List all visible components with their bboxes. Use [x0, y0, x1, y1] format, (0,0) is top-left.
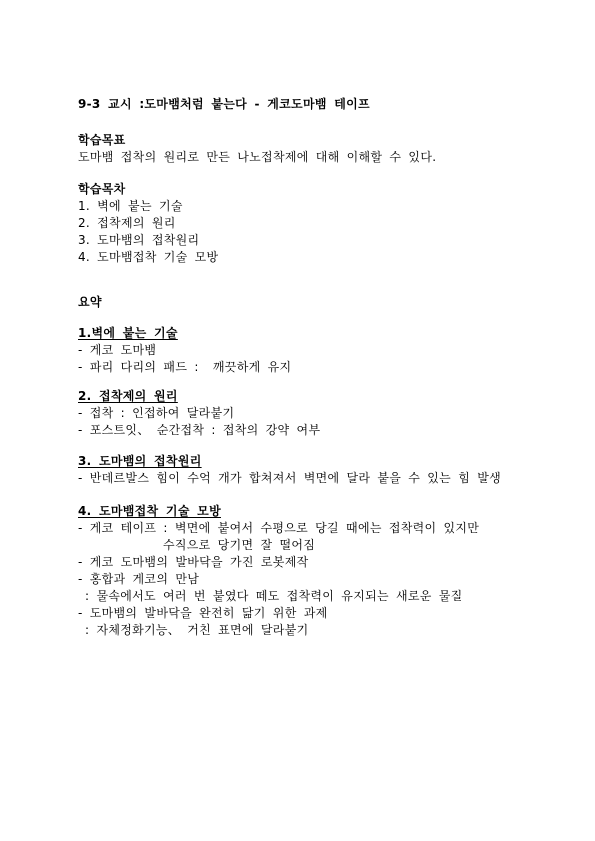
doc-title: 9-3 교시 :도마뱀처럼 붙는다 - 게코도마뱀 테이프: [78, 96, 560, 113]
summary-line-detail: : 자체정화기능、 거친 표면에 달라붙기: [78, 622, 560, 639]
learning-goal-heading: 학습목표: [78, 132, 560, 149]
summary-subsection-3: 3. 도마뱀의 접착원리 - 반데르발스 힘이 수억 개가 합쳐져서 벽면에 달…: [78, 453, 560, 487]
summary-line: - 게코 도마뱀의 발바닥을 가진 로봇제작: [78, 554, 560, 571]
toc-item: 4. 도마뱀접착 기술 모방: [78, 249, 560, 266]
section-learning-goal: 학습목표 도마뱀 접착의 원리로 만든 나노접착제에 대해 이해할 수 있다.: [78, 132, 560, 166]
toc-item: 1. 벽에 붙는 기술: [78, 198, 560, 215]
document-page: 9-3 교시 :도마뱀처럼 붙는다 - 게코도마뱀 테이프 학습목표 도마뱀 접…: [0, 0, 595, 841]
summary-heading: 요약: [78, 294, 560, 311]
subsection-title: 1.벽에 붙는 기술: [78, 325, 560, 342]
summary-line: - 도마뱀의 발바닥을 완전히 닮기 위한 과제: [78, 605, 560, 622]
subsection-title: 4. 도마뱀접착 기술 모방: [78, 503, 560, 520]
document-content: 9-3 교시 :도마뱀처럼 붙는다 - 게코도마뱀 테이프 학습목표 도마뱀 접…: [78, 96, 560, 639]
learning-contents-heading: 학습목차: [78, 181, 560, 198]
summary-line: - 반데르발스 힘이 수억 개가 합쳐져서 벽면에 달라 붙을 수 있는 힘 발…: [78, 470, 560, 487]
summary-subsection-4: 4. 도마뱀접착 기술 모방 - 게코 테이프 : 벽면에 붙여서 수평으로 당…: [78, 503, 560, 639]
summary-subsection-2: 2. 접착제의 원리 - 접착 : 인접하여 달라붙기 - 포스트잇、 순간접착…: [78, 388, 560, 439]
summary-line: - 게코 테이프 : 벽면에 붙여서 수평으로 당길 때에는 접착력이 있지만: [78, 520, 560, 537]
summary-line: - 접착 : 인접하여 달라붙기: [78, 405, 560, 422]
summary-line-detail: : 물속에서도 여러 번 붙였다 떼도 접착력이 유지되는 새로운 물질: [78, 588, 560, 605]
subsection-title: 3. 도마뱀의 접착원리: [78, 453, 560, 470]
summary-subsection-1: 1.벽에 붙는 기술 - 게코 도마뱀 - 파리 다리의 패드 : 깨끗하게 유…: [78, 325, 560, 376]
summary-line: - 파리 다리의 패드 : 깨끗하게 유지: [78, 359, 560, 376]
summary-line-continuation: 수직으로 당기면 잘 떨어짐: [78, 537, 560, 554]
subsection-title: 2. 접착제의 원리: [78, 388, 560, 405]
toc-item: 3. 도마뱀의 접착원리: [78, 232, 560, 249]
section-summary: 요약: [78, 294, 560, 311]
summary-line: - 포스트잇、 순간접착 : 접착의 강약 여부: [78, 422, 560, 439]
summary-line: - 게코 도마뱀: [78, 342, 560, 359]
section-learning-contents: 학습목차 1. 벽에 붙는 기술 2. 접착제의 원리 3. 도마뱀의 접착원리…: [78, 181, 560, 266]
toc-item: 2. 접착제의 원리: [78, 215, 560, 232]
learning-goal-body: 도마뱀 접착의 원리로 만든 나노접착제에 대해 이해할 수 있다.: [78, 149, 560, 166]
summary-line: - 홍합과 게코의 만남: [78, 571, 560, 588]
